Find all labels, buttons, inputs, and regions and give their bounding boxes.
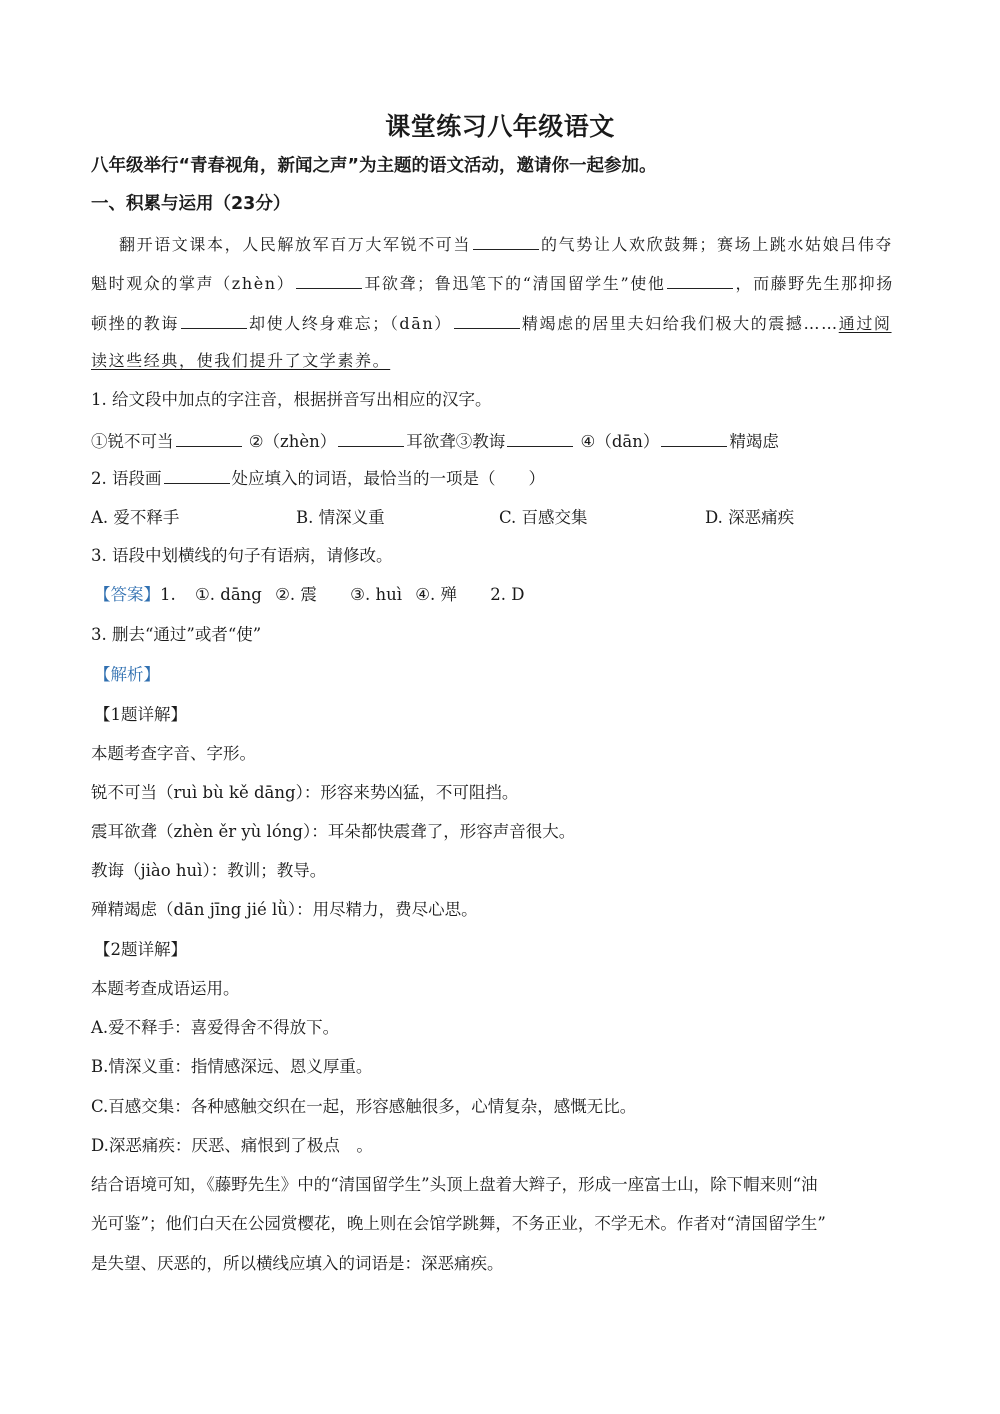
answer-q3: 3. 删去“通过”或者“使” (91, 624, 261, 646)
fill-blank (454, 312, 520, 329)
choice-label: B. (296, 508, 313, 527)
answer-part: ④. 殚 (415, 585, 457, 604)
choice-label: C. (499, 508, 516, 527)
passage-line-3: 顿挫的教诲却使人终身难忘；（dān）精竭虑的居里夫妇给我们极大的震撼……通过阅 (91, 312, 892, 335)
fill-blank (296, 272, 362, 289)
item-text: （zhèn） (264, 432, 337, 451)
choice-text: 情深义重 (319, 508, 385, 527)
fill-blank (473, 233, 539, 250)
answer-tag: 【答案】 (94, 585, 160, 604)
choice-a: A. 爱不释手 (91, 507, 179, 529)
item-text: 耳欲聋 (406, 432, 456, 451)
passage-line-4: 读这些经典，使我们提升了文学素养。 (91, 350, 390, 372)
item-marker: ④ (581, 432, 596, 451)
choice-text: 百感交集 (522, 508, 588, 527)
question-number: 2. (91, 469, 107, 488)
question-3: 3. 语段中划横线的句子有语病，请修改。 (91, 545, 393, 567)
passage-text: 却使人终身难忘；（dān） (249, 314, 452, 333)
passage-line-1: 翻开语文课本，人民解放军百万大军锐不可当的气势让人欢欣鼓舞；赛场上跳水姑娘吕伟夺 (119, 233, 893, 256)
intro-text: 八年级举行“青春视角，新闻之声”为主题的语文活动，邀请你一起参加。 (91, 155, 657, 177)
q1-detail-heading: 【1题详解】 (94, 704, 187, 726)
item-text: 教诲 (472, 432, 505, 451)
analysis-tag: 【解析】 (94, 664, 160, 686)
answer-q1-label: 1. (160, 585, 176, 604)
analysis-line: 本题考查字音、字形。 (91, 743, 256, 765)
analysis-line: 结合语境可知，《藤野先生》中的“清国留学生”头顶上盘着大辫子，形成一座富士山，除… (91, 1174, 818, 1196)
fill-blank (338, 430, 404, 447)
passage-text: 顿挫的教诲 (91, 314, 179, 333)
q2-detail-heading: 【2题详解】 (94, 939, 187, 961)
analysis-line: 本题考查成语运用。 (91, 978, 240, 1000)
question-text: 语段中划横线的句子有语病，请修改。 (112, 546, 393, 565)
item-text: （dān） (595, 432, 659, 451)
passage-text: 耳欲聋；鲁迅笔下的“清国留学生”使他 (364, 274, 665, 293)
analysis-line: 锐不可当（ruì bù kě dāng）：形容来势凶猛，不可阻挡。 (91, 782, 518, 804)
answer-part: ①. dāng (195, 585, 262, 604)
page-title: 课堂练习八年级语文 (0, 110, 1000, 144)
fill-blank (667, 272, 733, 289)
choice-text: 深恶痛疾 (728, 508, 794, 527)
passage-text: 翻开语文课本，人民解放军百万大军锐不可当 (119, 235, 471, 254)
question-text: 语段画 (112, 469, 162, 488)
question-text: 给文段中加点的字注音，根据拼音写出相应的汉字。 (112, 390, 492, 409)
analysis-line: B.情深义重：指情感深远、恩义厚重。 (91, 1056, 372, 1078)
fill-blank (176, 430, 242, 447)
passage-text: 的气势让人欢欣鼓舞；赛场上跳水姑娘吕伟夺 (541, 235, 893, 254)
section-heading: 一、积累与运用（23分） (91, 193, 290, 215)
question-2: 2. 语段画处应填入的词语，最恰当的一项是（ ） (91, 467, 545, 490)
analysis-line: C.百感交集：各种感触交织在一起，形容感触很多，心情复杂，感慨无比。 (91, 1096, 636, 1118)
analysis-line: A.爱不释手：喜爱得舍不得放下。 (91, 1017, 339, 1039)
choice-label: D. (705, 508, 723, 527)
answer-line: 【答案】1. ①. dāng ②. 震 ③. huì ④. 殚 2. D (94, 584, 525, 606)
analysis-line: 光可鉴”；他们白天在公园赏樱花，晚上则在会馆学跳舞，不务正业，不学无术。作者对“… (91, 1213, 826, 1235)
fill-blank (661, 430, 727, 447)
choice-b: B. 情深义重 (296, 507, 385, 529)
underlined-sentence: 读这些经典，使我们提升了文学素养。 (91, 351, 390, 370)
analysis-line: 殚精竭虑（dān jīng jié lǜ）：用尽精力，费尽心思。 (91, 899, 478, 921)
question-1-items: ①锐不可当 ②（zhèn）耳欲聋③教诲 ④（dān）精竭虑 (91, 430, 779, 453)
choice-c: C. 百感交集 (499, 507, 588, 529)
item-text: 锐不可当 (108, 432, 174, 451)
analysis-line: D.深恶痛疾：厌恶、痛恨到了极点 。 (91, 1135, 373, 1157)
underlined-sentence: 通过阅 (839, 314, 892, 333)
fill-blank (181, 312, 247, 329)
item-text: 精竭虑 (729, 432, 779, 451)
document-page: 课堂练习八年级语文 八年级举行“青春视角，新闻之声”为主题的语文活动，邀请你一起… (0, 0, 1000, 1414)
analysis-line: 是失望、厌恶的，所以横线应填入的词语是：深恶痛疾。 (91, 1253, 504, 1275)
analysis-line: 震耳欲聋（zhèn ěr yù lóng）：耳朵都快震聋了，形容声音很大。 (91, 821, 575, 843)
analysis-line: 教诲（jiào huì）：教训；教导。 (91, 860, 326, 882)
passage-text: 精竭虑的居里夫妇给我们极大的震撼…… (522, 314, 839, 333)
item-marker: ① (91, 432, 108, 451)
item-marker: ③ (456, 432, 473, 451)
question-text: 处应填入的词语，最恰当的一项是（ ） (232, 469, 546, 488)
answer-part: ②. 震 (275, 585, 317, 604)
question-1: 1. 给文段中加点的字注音，根据拼音写出相应的汉字。 (91, 389, 492, 411)
passage-text: ，而藤野先生那抑扬 (735, 274, 893, 293)
question-number: 3. (91, 546, 107, 565)
question-number: 1. (91, 390, 107, 409)
item-marker: ② (249, 432, 264, 451)
choice-d: D. 深恶痛疾 (705, 507, 794, 529)
passage-line-2: 魁时观众的掌声（zhèn）耳欲聋；鲁迅笔下的“清国留学生”使他，而藤野先生那抑扬 (91, 272, 894, 295)
passage-text: 魁时观众的掌声（zhèn） (91, 274, 294, 293)
fill-blank (164, 467, 230, 484)
answer-q2: 2. D (490, 585, 524, 604)
choice-label: A. (91, 508, 108, 527)
answer-part: ③. huì (350, 585, 402, 604)
fill-blank (507, 430, 573, 447)
choice-text: 爱不释手 (113, 508, 179, 527)
